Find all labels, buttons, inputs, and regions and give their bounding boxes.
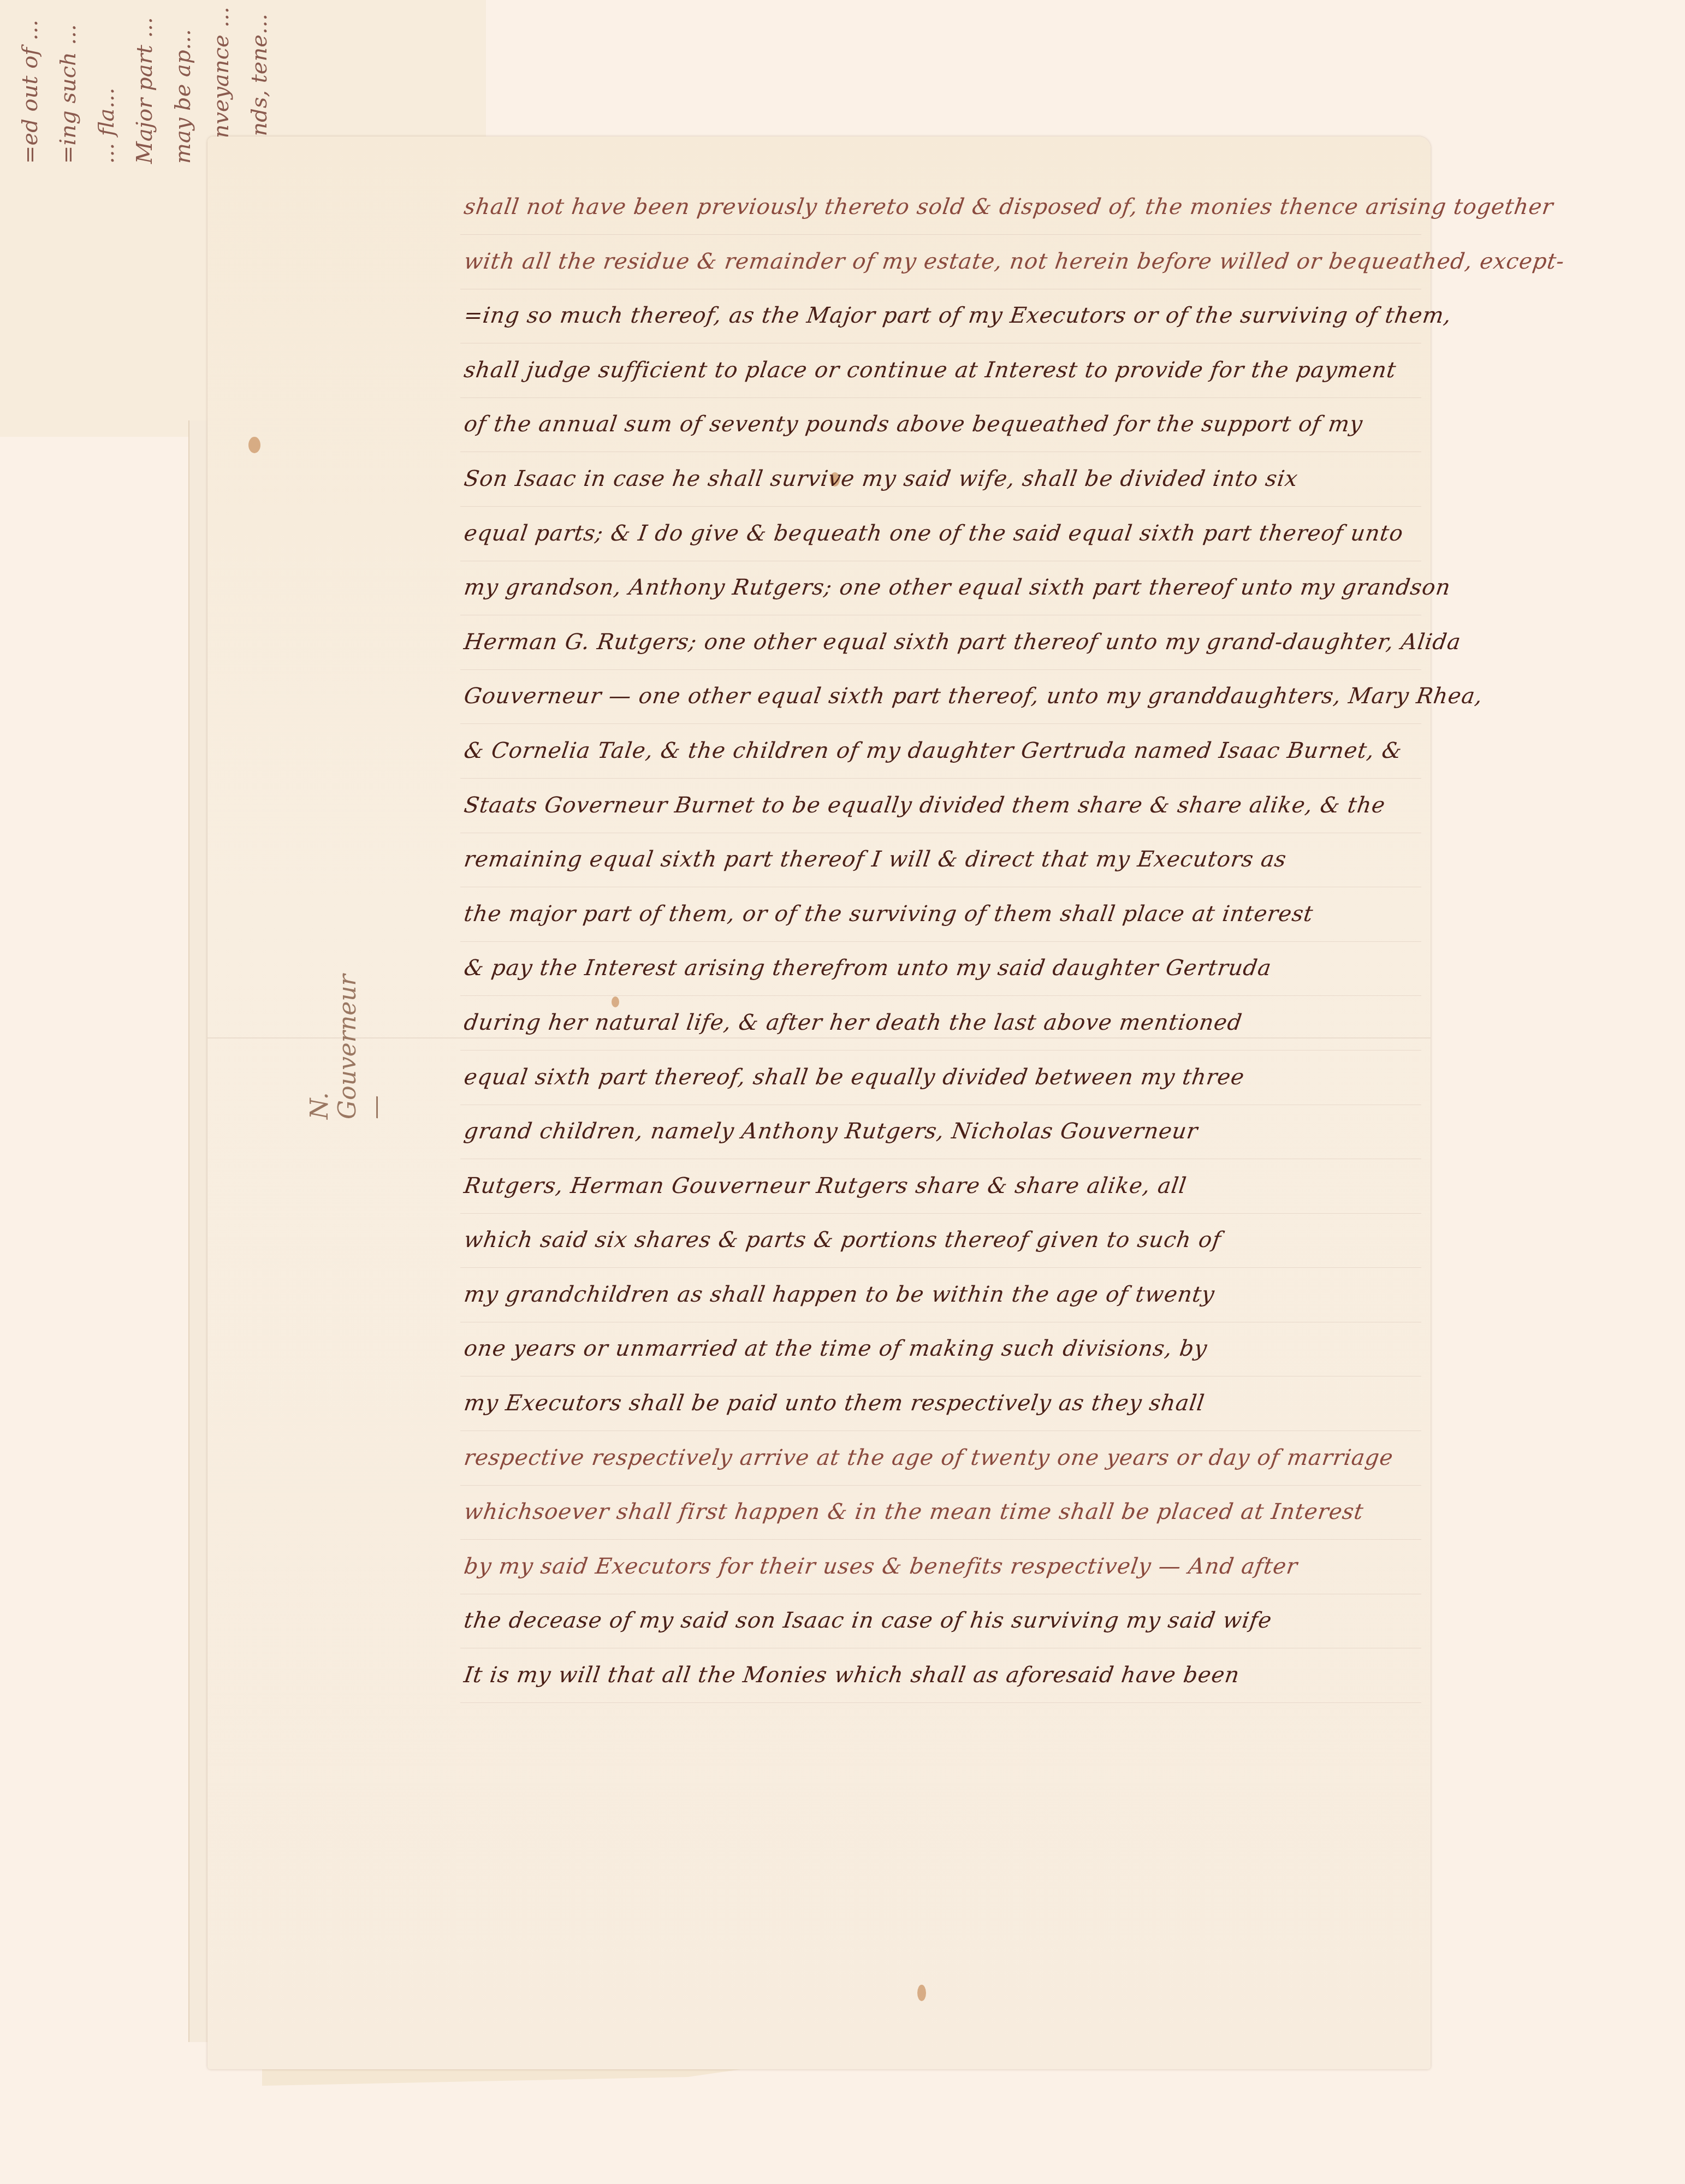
manuscript-line: my Executors shall be paid unto them res…: [460, 1376, 1429, 1431]
flap-line: ... fla...: [87, 0, 126, 164]
manuscript-line: of the annual sum of seventy pounds abov…: [460, 397, 1429, 452]
manuscript-line: Herman G. Rutgers; one other equal sixth…: [460, 615, 1429, 670]
manuscript-line: my grandson, Anthony Rutgers; one other …: [460, 561, 1429, 615]
manuscript-line: the major part of them, or of the surviv…: [460, 887, 1429, 942]
ink-stain: [248, 437, 260, 453]
manuscript-line: shall not have been previously thereto s…: [460, 180, 1429, 235]
manuscript-line: with all the residue & remainder of my e…: [460, 235, 1429, 289]
manuscript-line: during her natural life, & after her dea…: [460, 996, 1429, 1051]
manuscript-text: shall not have been previously thereto s…: [464, 180, 1425, 1703]
manuscript-line: Staats Governeur Burnet to be equally di…: [460, 779, 1429, 833]
ink-stain: [917, 1985, 926, 2001]
flap-line: =ed out of ...: [11, 0, 49, 164]
manuscript-line: by my said Executors for their uses & be…: [460, 1540, 1429, 1594]
manuscript-line: Rutgers, Herman Gouverneur Rutgers share…: [460, 1159, 1429, 1214]
manuscript-line: remaining equal sixth part thereof I wil…: [460, 833, 1429, 887]
manuscript-line: Son Isaac in case he shall survive my sa…: [460, 452, 1429, 507]
docket-signature: N. Gouverneur —: [306, 956, 371, 1119]
manuscript-line: the decease of my said son Isaac in case…: [460, 1594, 1429, 1648]
flap-line: may be ap...: [164, 0, 202, 164]
manuscript-line: grand children, namely Anthony Rutgers, …: [460, 1105, 1429, 1159]
manuscript-line: =ing so much thereof, as the Major part …: [460, 289, 1429, 343]
flap-line: Major part ...: [126, 0, 164, 164]
manuscript-line: one years or unmarried at the time of ma…: [460, 1322, 1429, 1376]
manuscript-line: Gouverneur — one other equal sixth part …: [460, 669, 1429, 724]
flap-line: =ing such ...: [49, 0, 87, 164]
manuscript-line: shall judge sufficient to place or conti…: [460, 343, 1429, 398]
manuscript-line: & Cornelia Tale, & the children of my da…: [460, 724, 1429, 779]
manuscript-line: which said six shares & parts & portions…: [460, 1213, 1429, 1268]
manuscript-line: It is my will that all the Monies which …: [460, 1648, 1429, 1703]
manuscript-line: equal parts; & I do give & bequeath one …: [460, 507, 1429, 561]
manuscript-line: & pay the Interest arising therefrom unt…: [460, 941, 1429, 996]
manuscript-line: respective respectively arrive at the ag…: [460, 1431, 1429, 1486]
manuscript-line: my grandchildren as shall happen to be w…: [460, 1268, 1429, 1322]
manuscript-line: equal sixth part thereof, shall be equal…: [460, 1051, 1429, 1105]
manuscript-line: whichsoever shall first happen & in the …: [460, 1485, 1429, 1540]
